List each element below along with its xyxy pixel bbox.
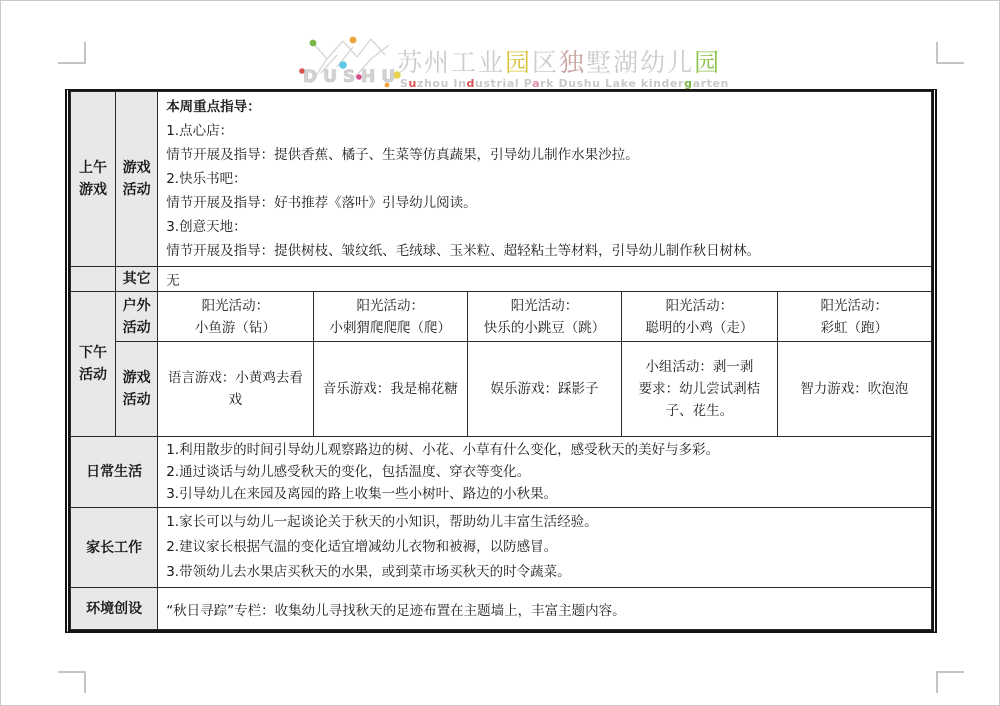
parent-work-line: 3.带领幼儿去水果店买秋天的水果，或到菜市场买秋天的时令蔬菜。 — [166, 560, 923, 585]
logo-title: 苏州工业园区独墅湖幼儿园 — [397, 43, 721, 79]
daily-life-cell: 1.利用散步的时间引导幼儿观察路边的树、小花、小草有什么变化，感受秋天的美好与多… — [158, 437, 932, 508]
parent-work-label: 家长工作 — [71, 508, 158, 588]
table-row: 日常生活 1.利用散步的时间引导幼儿观察路边的树、小花、小草有什么变化，感受秋天… — [71, 437, 932, 508]
logo-text-segment: 园 — [505, 48, 532, 77]
afternoon-game-cell: 语言游戏：小黄鸡去看戏 — [158, 342, 313, 437]
logo-text-segment: 苏州工业 — [397, 48, 505, 77]
crop-mark-top-right — [936, 42, 964, 64]
other-category-label: 其它 — [116, 267, 158, 292]
guidance-line: 情节开展及指导：提供香蕉、橘子、生菜等仿真蔬果，引导幼儿制作水果沙拉。 — [166, 143, 923, 167]
crop-mark-bottom-right — [936, 671, 964, 693]
parent-work-line: 1.家长可以与幼儿一起谈论关于秋天的小知识，帮助幼儿丰富生活经验。 — [166, 510, 923, 535]
kindergarten-logo: DUSHU 苏州工业园区独墅湖幼儿园 Suzhou Industrial Par… — [297, 33, 717, 91]
afternoon-game-cell: 小组活动：剥一剥 要求：幼儿尝试剥桔子、花生。 — [622, 342, 777, 437]
table-row: 家长工作 1.家长可以与幼儿一起谈论关于秋天的小知识，帮助幼儿丰富生活经验。 2… — [71, 508, 932, 588]
table-row: 其它 无 — [71, 267, 932, 292]
guidance-line: 1.点心店： — [166, 119, 923, 143]
guidance-line: 情节开展及指导：提供树枝、皱纹纸、毛绒球、玉米粒、超轻粘土等材料，引导幼儿制作秋… — [166, 239, 923, 263]
table-row: 上午 游戏 游戏 活动 本周重点指导： 1.点心店： 情节开展及指导：提供香蕉、… — [71, 92, 932, 267]
other-content-cell: 无 — [158, 267, 932, 292]
afternoon-games-category-label: 游戏 活动 — [116, 342, 158, 437]
document-page: DUSHU 苏州工业园区独墅湖幼儿园 Suzhou Industrial Par… — [0, 0, 1000, 706]
guidance-line: 3.创意天地： — [166, 215, 923, 239]
afternoon-game-cell: 娱乐游戏：踩影子 — [467, 342, 621, 437]
weekly-schedule-table: 上午 游戏 游戏 活动 本周重点指导： 1.点心店： 情节开展及指导：提供香蕉、… — [65, 89, 937, 633]
afternoon-period-label: 下午 活动 — [71, 292, 116, 437]
outdoor-activity-cell: 阳光活动： 小刺猬爬爬爬（爬） — [313, 292, 467, 342]
environment-label: 环境创设 — [71, 588, 158, 630]
other-period-empty-cell — [71, 267, 116, 292]
parent-work-line: 2.建议家长根据气温的变化适宜增减幼儿衣物和被褥，以防感冒。 — [166, 535, 923, 560]
daily-life-line: 3.引导幼儿在来园及离园的路上收集一些小树叶、路边的小秋果。 — [166, 483, 923, 505]
daily-life-label: 日常生活 — [71, 437, 158, 508]
afternoon-game-cell: 智力游戏：吹泡泡 — [777, 342, 931, 437]
outdoor-activity-cell: 阳光活动： 小鱼游（钻） — [158, 292, 313, 342]
table-row: 下午 活动 户外 活动 阳光活动： 小鱼游（钻） 阳光活动： 小刺猬爬爬爬（爬）… — [71, 292, 932, 342]
outdoor-category-label: 户外 活动 — [116, 292, 158, 342]
afternoon-game-cell: 音乐游戏：我是棉花糖 — [313, 342, 467, 437]
morning-guidance-cell: 本周重点指导： 1.点心店： 情节开展及指导：提供香蕉、橘子、生菜等仿真蔬果，引… — [158, 92, 932, 267]
parent-work-cell: 1.家长可以与幼儿一起谈论关于秋天的小知识，帮助幼儿丰富生活经验。 2.建议家长… — [158, 508, 932, 588]
table-row: 游戏 活动 语言游戏：小黄鸡去看戏 音乐游戏：我是棉花糖 娱乐游戏：踩影子 小组… — [71, 342, 932, 437]
logo-brand-text: DUSHU — [303, 67, 401, 87]
environment-cell: “秋日寻踪”专栏：收集幼儿寻找秋天的足迹布置在主题墙上，丰富主题内容。 — [158, 588, 932, 630]
logo-text-segment: 独 — [559, 48, 586, 77]
outdoor-activity-cell: 阳光活动： 聪明的小鸡（走） — [622, 292, 777, 342]
morning-category-label: 游戏 活动 — [116, 92, 158, 267]
crop-mark-bottom-left — [58, 671, 86, 693]
crop-mark-top-left — [58, 42, 86, 64]
outdoor-activity-cell: 阳光活动： 快乐的小跳豆（跳） — [467, 292, 621, 342]
guidance-heading: 本周重点指导： — [166, 95, 923, 119]
daily-life-line: 1.利用散步的时间引导幼儿观察路边的树、小花、小草有什么变化，感受秋天的美好与多… — [166, 439, 923, 461]
logo-text-segment: 墅湖幼儿 — [586, 48, 694, 77]
guidance-line: 2.快乐书吧： — [166, 167, 923, 191]
outdoor-activity-cell: 阳光活动： 彩虹（跑） — [777, 292, 931, 342]
morning-period-label: 上午 游戏 — [71, 92, 116, 267]
logo-text-segment: 区 — [532, 48, 559, 77]
guidance-line: 情节开展及指导：好书推荐《落叶》引导幼儿阅读。 — [166, 191, 923, 215]
table-row: 环境创设 “秋日寻踪”专栏：收集幼儿寻找秋天的足迹布置在主题墙上，丰富主题内容。 — [71, 588, 932, 630]
logo-text-segment: 园 — [694, 48, 721, 77]
daily-life-line: 2.通过谈话与幼儿感受秋天的变化，包括温度、穿衣等变化。 — [166, 461, 923, 483]
